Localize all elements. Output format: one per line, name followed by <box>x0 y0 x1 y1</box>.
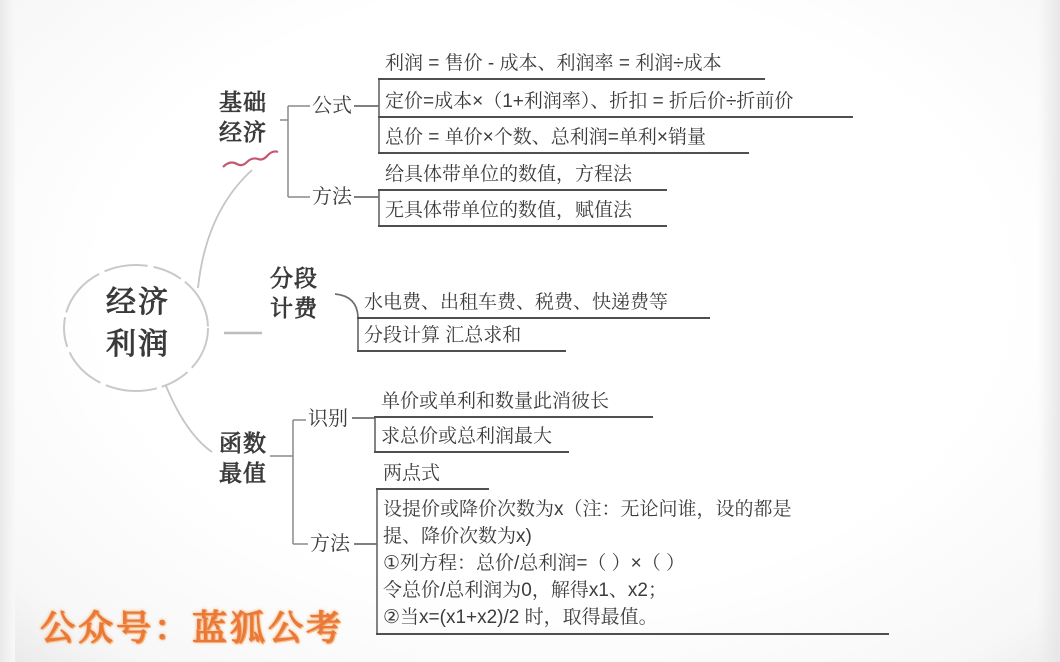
watermark-text: 公众号：蓝狐公考 <box>40 601 344 651</box>
method-step-line-1: 设提价或降价次数为x（注：无论问谁，设的都是 <box>383 496 889 523</box>
branch-segmented-billing-line2: 计费 <box>270 293 318 323</box>
bracket-identify-leaves <box>352 418 375 453</box>
method-step-line-2: 提、降价次数为x) <box>383 523 889 550</box>
bracket-segmented-billing-leaves <box>335 294 358 352</box>
node-identify: 识别 <box>308 407 348 431</box>
bracket-basic-economy-children <box>280 106 310 197</box>
leaf-tradeoff: 单价或单利和数量此消彼长 <box>374 391 653 418</box>
root-topic-economic-profit: 经济 利润 <box>98 282 178 366</box>
node-methods-basic: 方法 <box>312 185 352 209</box>
root-topic-line1: 经济 <box>98 282 178 324</box>
branch-segmented-billing-line1: 分段 <box>270 263 318 293</box>
leaf-assignment-method: 无具体带单位的数值，赋值法 <box>378 200 667 227</box>
leaf-equation-method: 给具体带单位的数值，方程法 <box>378 164 667 191</box>
leaf-profit-formula: 利润 = 售价 - 成本、利润率 = 利润÷成本 <box>378 53 765 80</box>
method-step-line-5: ②当x=(x1+x2)/2 时，取得最值。 <box>383 604 889 631</box>
node-methods-extremum: 方法 <box>310 532 350 556</box>
leaf-segment-sum: 分段计算 汇总求和 <box>357 325 566 352</box>
bracket-method-basic-leaves <box>354 191 379 227</box>
branch-function-extremum-line1: 函数 <box>219 428 267 458</box>
leaf-fee-examples: 水电费、出租车费、税费、快递费等 <box>357 292 710 319</box>
red-wavy-underline-annotation <box>223 151 278 167</box>
root-topic-line2: 利润 <box>98 324 178 366</box>
leaf-max-total: 求总价或总利润最大 <box>374 426 569 453</box>
branch-function-extremum: 函数 最值 <box>219 428 267 488</box>
leaf-total-price-formula: 总价 = 单价×个数、总利润=单利×销量 <box>378 127 749 154</box>
branch-basic-economy-line1: 基础 <box>219 87 267 117</box>
branch-basic-economy-line2: 经济 <box>219 117 267 147</box>
leaf-two-point-form: 两点式 <box>376 463 489 490</box>
connector-root-to-basic-economy <box>198 170 252 288</box>
branch-basic-economy: 基础 经济 <box>219 87 267 147</box>
leaf-pricing-discount-formula: 定价=成本×（1+利润率）、折扣 = 折后价÷折前价 <box>378 91 853 118</box>
method-step-line-4: 令总价/总利润为0，解得x1、x2； <box>383 577 889 604</box>
branch-function-extremum-line2: 最值 <box>219 458 267 488</box>
bracket-formula-leaves <box>354 80 379 154</box>
branch-segmented-billing: 分段 计费 <box>270 263 318 323</box>
node-formulas: 公式 <box>312 94 352 118</box>
mindmap-canvas: 经济 利润 基础 经济 公式 利润 = 售价 - 成本、利润率 = 利润÷成本 … <box>0 0 1060 662</box>
connector-root-to-function-extremum <box>166 386 212 452</box>
leaf-method-steps: 设提价或降价次数为x（注：无论问谁，设的都是 提、降价次数为x) ①列方程：总价… <box>376 496 889 635</box>
method-step-line-3: ①列方程：总价/总利润=（ ）×（ ） <box>383 550 889 577</box>
bracket-method-extremum-leaves <box>354 490 377 635</box>
bracket-function-extremum-children <box>270 420 308 544</box>
